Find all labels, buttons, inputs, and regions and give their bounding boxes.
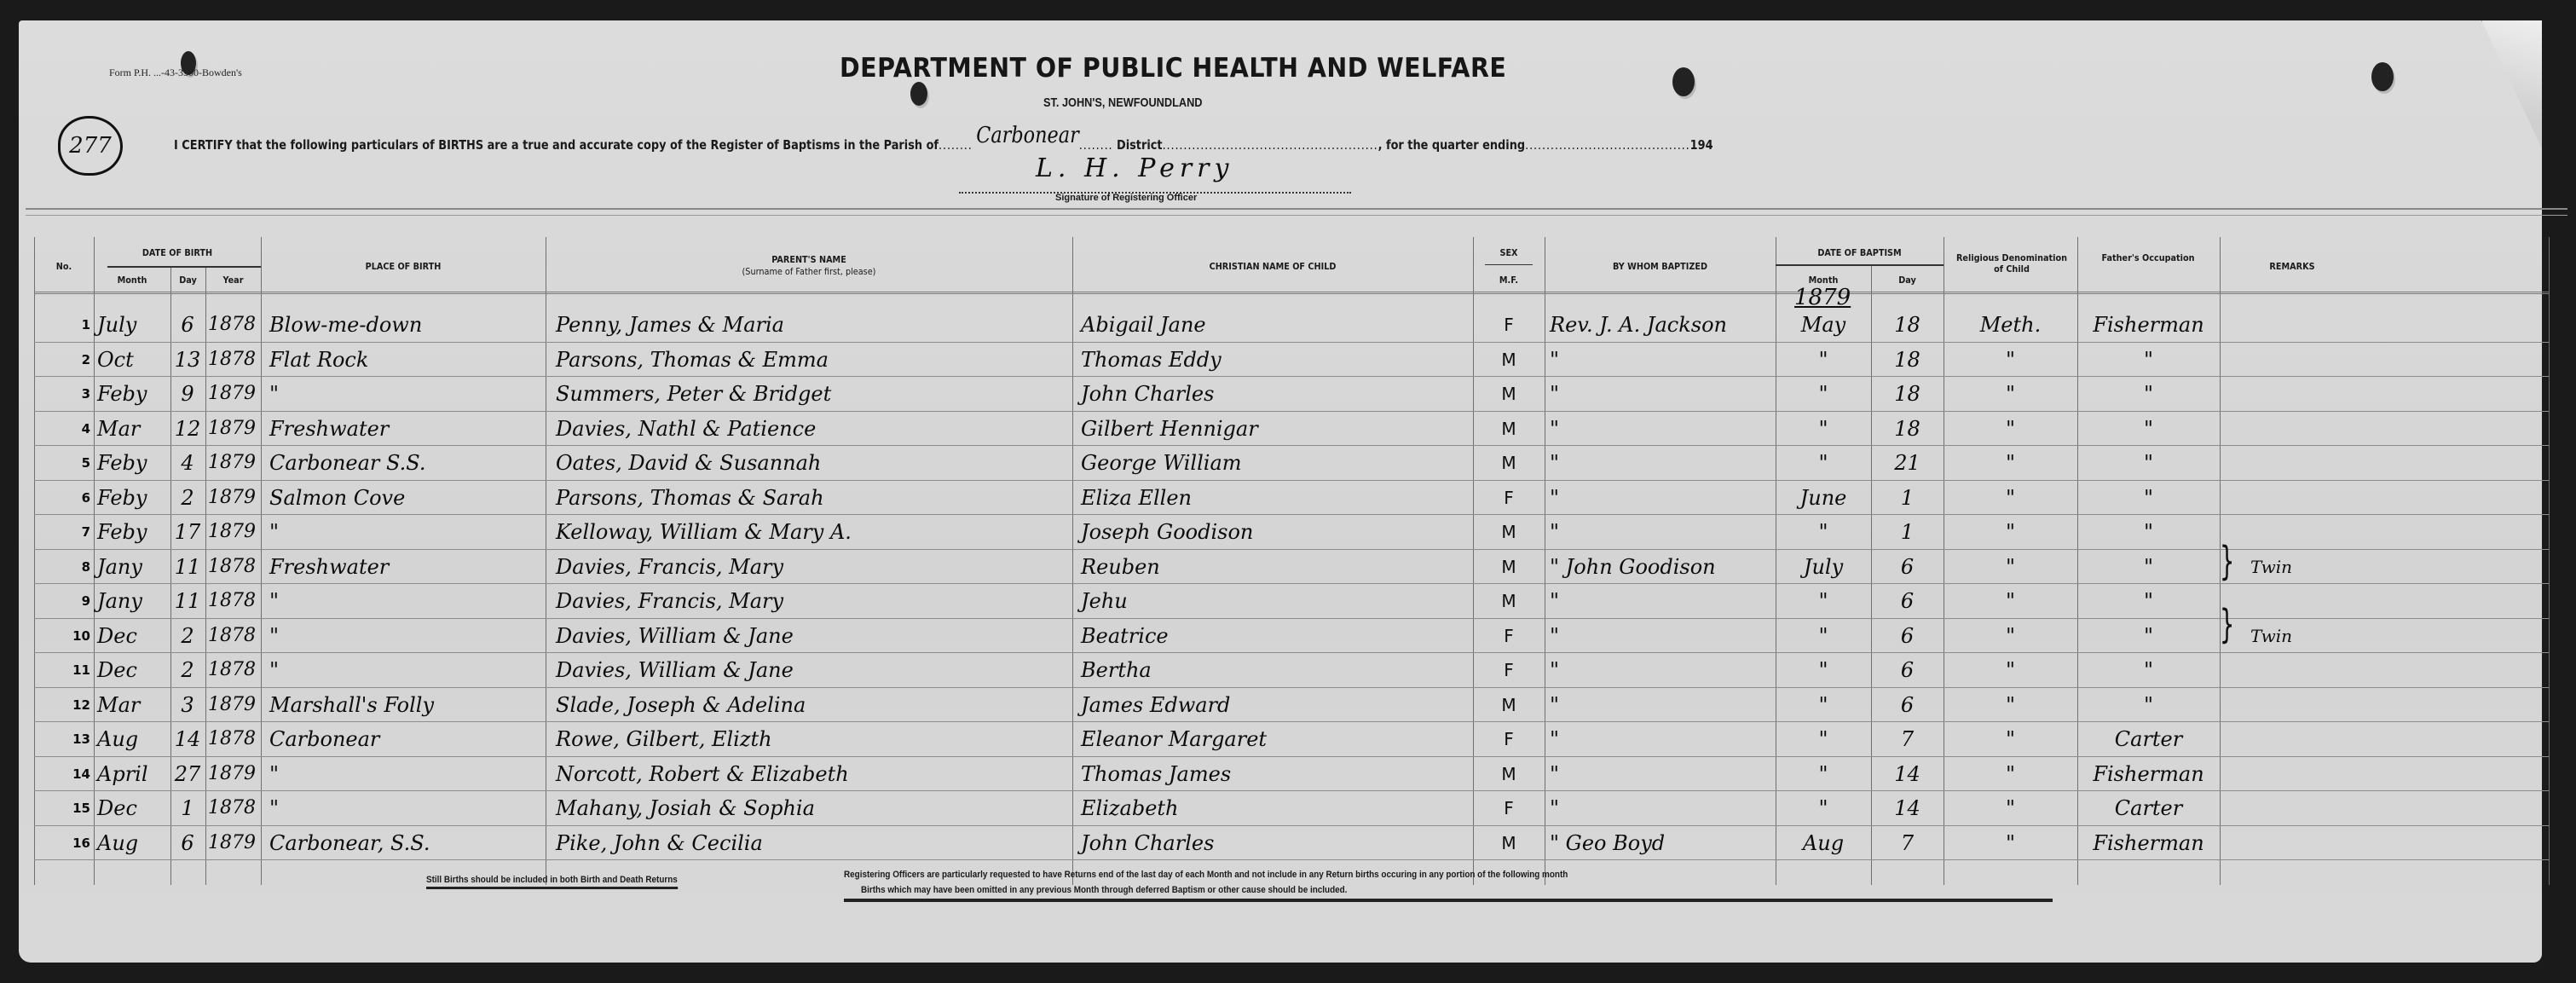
child-name-cell: George William [1081, 450, 1242, 476]
birth-day-cell: 2 [169, 657, 206, 683]
header-sex-sub: M.F. [1477, 275, 1540, 286]
birth-month-cell: Jany [97, 588, 142, 614]
sex-cell: F [1473, 726, 1545, 752]
baptism-month-cell: June [1776, 485, 1871, 511]
occupation-cell: " [2077, 485, 2220, 511]
divider [26, 215, 2567, 216]
baptism-month-cell: " [1776, 347, 1871, 373]
row-number: 4 [48, 416, 94, 442]
header-place: PLACE OF BIRTH [278, 261, 528, 272]
divider [26, 208, 2567, 210]
birth-year-cell: 1878 [208, 347, 256, 373]
baptism-month-cell: " [1776, 623, 1871, 649]
district-label: District [1117, 137, 1163, 153]
parents-name-cell: Slade, Joseph & Adelina [556, 692, 806, 718]
row-divider [34, 652, 2549, 653]
sex-cell: M [1473, 381, 1545, 407]
occupation-cell: " [2077, 519, 2220, 545]
row-number: 10 [48, 623, 94, 649]
occupation-cell: " [2077, 347, 2220, 373]
place-of-birth-cell: Flat Rock [269, 347, 368, 373]
child-name-cell: Beatrice [1081, 623, 1169, 649]
remarks-cell: Twin [2250, 623, 2292, 649]
birth-month-cell: July [97, 312, 136, 338]
place-of-birth-cell: " [269, 795, 279, 821]
baptized-by-cell: " [1550, 657, 1771, 683]
baptism-day-cell: 21 [1871, 450, 1944, 476]
header-dob-year: Year [209, 275, 257, 286]
birth-year-cell: 1879 [208, 381, 256, 407]
header-bap-day: Day [1875, 275, 1939, 286]
birth-day-cell: 11 [169, 554, 206, 580]
birth-day-cell: 1 [169, 795, 206, 821]
birth-day-cell: 13 [169, 347, 206, 373]
occupation-cell: " [2077, 554, 2220, 580]
place-of-birth-cell: Salmon Cove [269, 485, 405, 511]
birth-year-cell: 1878 [208, 588, 256, 614]
birth-day-cell: 6 [169, 830, 206, 856]
occupation-cell: " [2077, 623, 2220, 649]
omitted-note: Births which may have been omitted in an… [861, 885, 1347, 895]
birth-year-cell: 1879 [208, 485, 256, 511]
baptism-month-cell: May [1776, 312, 1871, 338]
baptized-by-cell: Rev. J. A. Jackson [1550, 312, 1771, 338]
birth-day-cell: 12 [169, 416, 206, 442]
place-of-birth-cell: " [269, 623, 279, 649]
birth-month-cell: Jany [97, 554, 142, 580]
parents-name-cell: Davies, William & Jane [556, 657, 794, 683]
sex-cell: F [1473, 485, 1545, 511]
sex-cell: M [1473, 347, 1545, 373]
twin-brace-icon: } [2220, 607, 2235, 641]
birth-month-cell: Aug [97, 830, 138, 856]
birth-day-cell: 2 [169, 485, 206, 511]
parents-name-cell: Davies, Francis, Mary [556, 554, 783, 580]
birth-year-cell: 1878 [208, 795, 256, 821]
row-divider [34, 445, 2549, 446]
child-name-cell: Bertha [1081, 657, 1152, 683]
certify-text: I CERTIFY that the following particulars… [174, 137, 939, 153]
religion-cell: " [1944, 726, 2077, 752]
place-of-birth-cell: Marshall's Folly [269, 692, 434, 718]
baptism-day-cell: 1 [1871, 485, 1944, 511]
religion-cell: " [1944, 554, 2077, 580]
quarter-label: for the quarter ending [1386, 137, 1525, 153]
form-id: Form P.H. ...-43-3500-Bowden's [109, 66, 242, 79]
returns-note: Registering Officers are particularly re… [844, 870, 1568, 880]
baptism-month-cell: " [1776, 519, 1871, 545]
place-of-birth-cell: " [269, 381, 279, 407]
place-of-birth-cell: " [269, 588, 279, 614]
header-religion: Religious Denomination of Child [1955, 252, 2068, 275]
row-number: 16 [48, 830, 94, 856]
place-of-birth-cell: Blow-me-down [269, 312, 422, 338]
birth-year-cell: 1878 [208, 554, 256, 580]
divider [844, 899, 2053, 902]
baptism-month-cell: " [1776, 795, 1871, 821]
occupation-cell: Fisherman [2077, 761, 2220, 787]
header-remarks: REMARKS [2228, 261, 2356, 272]
row-divider [34, 825, 2549, 826]
row-number: 14 [48, 761, 94, 787]
sex-cell: M [1473, 554, 1545, 580]
occupation-cell: Fisherman [2077, 312, 2220, 338]
baptized-by-cell: " [1550, 692, 1771, 718]
baptism-day-cell: 14 [1871, 795, 1944, 821]
birth-day-cell: 17 [169, 519, 206, 545]
child-name-cell: Gilbert Hennigar [1081, 416, 1258, 442]
place-of-birth-cell: " [269, 761, 279, 787]
baptized-by-cell: " [1550, 450, 1771, 476]
sex-cell: F [1473, 623, 1545, 649]
sex-cell: M [1473, 450, 1545, 476]
religion-cell: " [1944, 830, 2077, 856]
parents-name-cell: Oates, David & Susannah [556, 450, 821, 476]
row-divider [34, 514, 2549, 515]
birth-year-cell: 1879 [208, 416, 256, 442]
baptized-by-cell: " [1550, 623, 1771, 649]
baptism-month-cell: Aug [1776, 830, 1871, 856]
header-no: No. [38, 261, 90, 272]
row-number: 5 [48, 450, 94, 476]
religion-cell: " [1944, 519, 2077, 545]
birth-year-cell: 1878 [208, 726, 256, 752]
baptism-day-cell: 6 [1871, 657, 1944, 683]
birth-month-cell: Mar [97, 416, 140, 442]
birth-month-cell: Dec [97, 623, 137, 649]
baptized-by-cell: " [1550, 761, 1771, 787]
religion-cell: " [1944, 347, 2077, 373]
sex-cell: F [1473, 657, 1545, 683]
place-of-birth-cell: Carbonear, S.S. [269, 830, 430, 856]
place-of-birth-cell: Freshwater [269, 554, 389, 580]
page-title: DEPARTMENT OF PUBLIC HEALTH AND WELFARE [840, 53, 1506, 84]
header-date-of-birth: DATE OF BIRTH [104, 247, 251, 258]
birth-year-cell: 1878 [208, 623, 256, 649]
baptism-day-cell: 18 [1871, 416, 1944, 442]
header-parent-note: (Surname of Father first, please) [577, 266, 1041, 277]
birth-day-cell: 11 [169, 588, 206, 614]
sex-cell: M [1473, 416, 1545, 442]
baptism-day-cell: 1 [1871, 519, 1944, 545]
birth-year-cell: 1878 [208, 657, 256, 683]
row-divider [34, 480, 2549, 481]
occupation-cell: " [2077, 381, 2220, 407]
parents-name-cell: Davies, William & Jane [556, 623, 794, 649]
religion-cell: " [1944, 450, 2077, 476]
place-of-birth-cell: Carbonear [269, 726, 379, 752]
child-name-cell: Abigail Jane [1081, 312, 1206, 338]
parents-name-cell: Penny, James & Maria [556, 312, 784, 338]
baptized-by-cell: " John Goodison [1550, 554, 1771, 580]
sex-cell: M [1473, 761, 1545, 787]
parents-name-cell: Rowe, Gilbert, Elizth [556, 726, 772, 752]
parents-name-cell: Davies, Francis, Mary [556, 588, 783, 614]
parish-field[interactable]: Carbonear [976, 123, 1079, 148]
row-number: 6 [48, 485, 94, 511]
parents-name-cell: Pike, John & Cecilia [556, 830, 763, 856]
religion-cell: " [1944, 692, 2077, 718]
child-name-cell: Thomas James [1081, 761, 1231, 787]
birth-month-cell: Feby [97, 519, 147, 545]
birth-day-cell: 27 [169, 761, 206, 787]
child-name-cell: Reuben [1081, 554, 1160, 580]
birth-year-cell: 1878 [208, 312, 256, 338]
baptism-day-cell: 7 [1871, 830, 1944, 856]
row-number: 8 [48, 554, 94, 580]
birth-day-cell: 3 [169, 692, 206, 718]
baptized-by-cell: " [1550, 519, 1771, 545]
page-subtitle: ST. JOHN'S, NEWFOUNDLAND [1043, 95, 1202, 110]
baptism-month-cell: " [1776, 381, 1871, 407]
remarks-cell: Twin [2250, 554, 2292, 580]
religion-cell: " [1944, 588, 2077, 614]
place-of-birth-cell: Freshwater [269, 416, 389, 442]
birth-year-cell: 1879 [208, 450, 256, 476]
punch-hole-icon [910, 82, 927, 106]
occupation-cell: " [2077, 692, 2220, 718]
baptism-month-cell: " [1776, 726, 1871, 752]
child-name-cell: John Charles [1081, 381, 1214, 407]
religion-cell: " [1944, 485, 2077, 511]
parents-name-cell: Summers, Peter & Bridget [556, 381, 831, 407]
still-births-note: Still Births should be included in both … [426, 875, 678, 889]
birth-day-cell: 14 [169, 726, 206, 752]
row-divider [34, 549, 2549, 550]
parents-name-cell: Davies, Nathl & Patience [556, 416, 816, 442]
birth-month-cell: Feby [97, 381, 147, 407]
religion-cell: " [1944, 623, 2077, 649]
punch-hole-icon [2371, 62, 2394, 91]
baptized-by-cell: " [1550, 381, 1771, 407]
place-of-birth-cell: " [269, 657, 279, 683]
occupation-cell: " [2077, 657, 2220, 683]
parents-name-cell: Mahany, Josiah & Sophia [556, 795, 815, 821]
baptism-day-cell: 18 [1871, 347, 1944, 373]
religion-cell: " [1944, 657, 2077, 683]
religion-cell: " [1944, 416, 2077, 442]
row-divider [34, 411, 2549, 412]
baptism-year-note: 1879 [1794, 285, 1851, 310]
row-number: 11 [48, 657, 94, 683]
row-divider [34, 859, 2549, 860]
parents-name-cell: Parsons, Thomas & Sarah [556, 485, 824, 511]
baptism-month-cell: " [1776, 761, 1871, 787]
place-of-birth-cell: " [269, 519, 279, 545]
year-prefix: 194 [1690, 137, 1713, 153]
sex-cell: M [1473, 588, 1545, 614]
baptism-day-cell: 7 [1871, 726, 1944, 752]
signature-label: Signature of Registering Officer [1055, 193, 1197, 203]
baptism-month-cell: " [1776, 657, 1871, 683]
birth-month-cell: Aug [97, 726, 138, 752]
birth-day-cell: 6 [169, 312, 206, 338]
baptism-month-cell: " [1776, 692, 1871, 718]
birth-month-cell: Dec [97, 795, 137, 821]
occupation-cell: Fisherman [2077, 830, 2220, 856]
birth-year-cell: 1879 [208, 519, 256, 545]
baptism-day-cell: 6 [1871, 554, 1944, 580]
row-number: 1 [48, 312, 94, 338]
header-parent: PARENT'S NAME [577, 254, 1041, 265]
reference-number: 277 [58, 116, 123, 176]
baptism-day-cell: 18 [1871, 312, 1944, 338]
row-number: 12 [48, 692, 94, 718]
occupation-cell: Carter [2077, 726, 2220, 752]
row-number: 13 [48, 726, 94, 752]
birth-year-cell: 1879 [208, 830, 256, 856]
child-name-cell: Joseph Goodison [1081, 519, 1253, 545]
sex-cell: M [1473, 692, 1545, 718]
baptized-by-cell: " Geo Boyd [1550, 830, 1771, 856]
baptism-month-cell: " [1776, 416, 1871, 442]
child-name-cell: Thomas Eddy [1081, 347, 1222, 373]
header-baptized-by: BY WHOM BAPTIZED [1558, 261, 1761, 272]
parents-name-cell: Kelloway, William & Mary A. [556, 519, 852, 545]
baptism-day-cell: 18 [1871, 381, 1944, 407]
baptism-day-cell: 14 [1871, 761, 1944, 787]
birth-month-cell: Oct [97, 347, 134, 373]
twin-brace-icon: } [2220, 544, 2235, 578]
baptism-day-cell: 6 [1871, 588, 1944, 614]
sex-cell: F [1473, 795, 1545, 821]
baptized-by-cell: " [1550, 795, 1771, 821]
row-divider [34, 790, 2549, 791]
child-name-cell: Eliza Ellen [1081, 485, 1192, 511]
row-divider [34, 376, 2549, 377]
birth-year-cell: 1879 [208, 692, 256, 718]
birth-month-cell: Mar [97, 692, 140, 718]
religion-cell: " [1944, 795, 2077, 821]
row-divider [34, 687, 2549, 688]
child-name-cell: John Charles [1081, 830, 1214, 856]
sex-cell: M [1473, 519, 1545, 545]
occupation-cell: " [2077, 450, 2220, 476]
birth-day-cell: 4 [169, 450, 206, 476]
baptized-by-cell: " [1550, 726, 1771, 752]
child-name-cell: Eleanor Margaret [1081, 726, 1267, 752]
baptism-month-cell: " [1776, 588, 1871, 614]
religion-cell: Meth. [1944, 312, 2077, 338]
religion-cell: " [1944, 381, 2077, 407]
child-name-cell: Elizabeth [1081, 795, 1179, 821]
row-divider [34, 721, 2549, 722]
quarter-field[interactable]: ....................................... [1525, 137, 1689, 153]
parents-name-cell: Parsons, Thomas & Emma [556, 347, 829, 373]
sex-cell: M [1473, 830, 1545, 856]
row-number: 2 [48, 347, 94, 373]
row-divider [34, 342, 2549, 343]
birth-month-cell: Feby [97, 485, 147, 511]
religion-cell: " [1944, 761, 2077, 787]
birth-month-cell: April [97, 761, 148, 787]
header-dob-day: Day [172, 275, 203, 286]
baptism-day-cell: 6 [1871, 623, 1944, 649]
baptism-month-cell: July [1776, 554, 1871, 580]
birth-month-cell: Feby [97, 450, 147, 476]
baptized-by-cell: " [1550, 485, 1771, 511]
page-curl [2481, 20, 2542, 148]
baptized-by-cell: " [1550, 416, 1771, 442]
row-divider [34, 583, 2549, 584]
child-name-cell: Jehu [1081, 588, 1128, 614]
row-divider [34, 618, 2549, 619]
sex-cell: F [1473, 312, 1545, 338]
child-name-cell: James Edward [1081, 692, 1230, 718]
header-child: CHRISTIAN NAME OF CHILD [1096, 261, 1449, 272]
baptized-by-cell: " [1550, 347, 1771, 373]
district-field[interactable]: ........................................… [1163, 137, 1378, 153]
header-occupation: Father's Occupation [2095, 252, 2200, 263]
header-sex: SEX [1477, 247, 1540, 258]
row-number: 3 [48, 381, 94, 407]
certify-line: I CERTIFY that the following particulars… [174, 130, 1713, 155]
signature: L. H. Perry [1036, 153, 1233, 183]
baptism-month-cell: " [1776, 450, 1871, 476]
birth-month-cell: Dec [97, 657, 137, 683]
occupation-cell: " [2077, 588, 2220, 614]
row-number: 15 [48, 795, 94, 821]
parents-name-cell: Norcott, Robert & Elizabeth [556, 761, 849, 787]
punch-hole-icon [1672, 67, 1695, 96]
birth-day-cell: 2 [169, 623, 206, 649]
birth-year-cell: 1879 [208, 761, 256, 787]
occupation-cell: " [2077, 416, 2220, 442]
header-dob-month: Month [98, 275, 165, 286]
occupation-cell: Carter [2077, 795, 2220, 821]
row-number: 9 [48, 588, 94, 614]
baptism-day-cell: 6 [1871, 692, 1944, 718]
baptized-by-cell: " [1550, 588, 1771, 614]
row-number: 7 [48, 519, 94, 545]
birth-day-cell: 9 [169, 381, 206, 407]
place-of-birth-cell: Carbonear S.S. [269, 450, 425, 476]
header-date-of-baptism: DATE OF BAPTISM [1786, 247, 1933, 258]
row-divider [34, 756, 2549, 757]
